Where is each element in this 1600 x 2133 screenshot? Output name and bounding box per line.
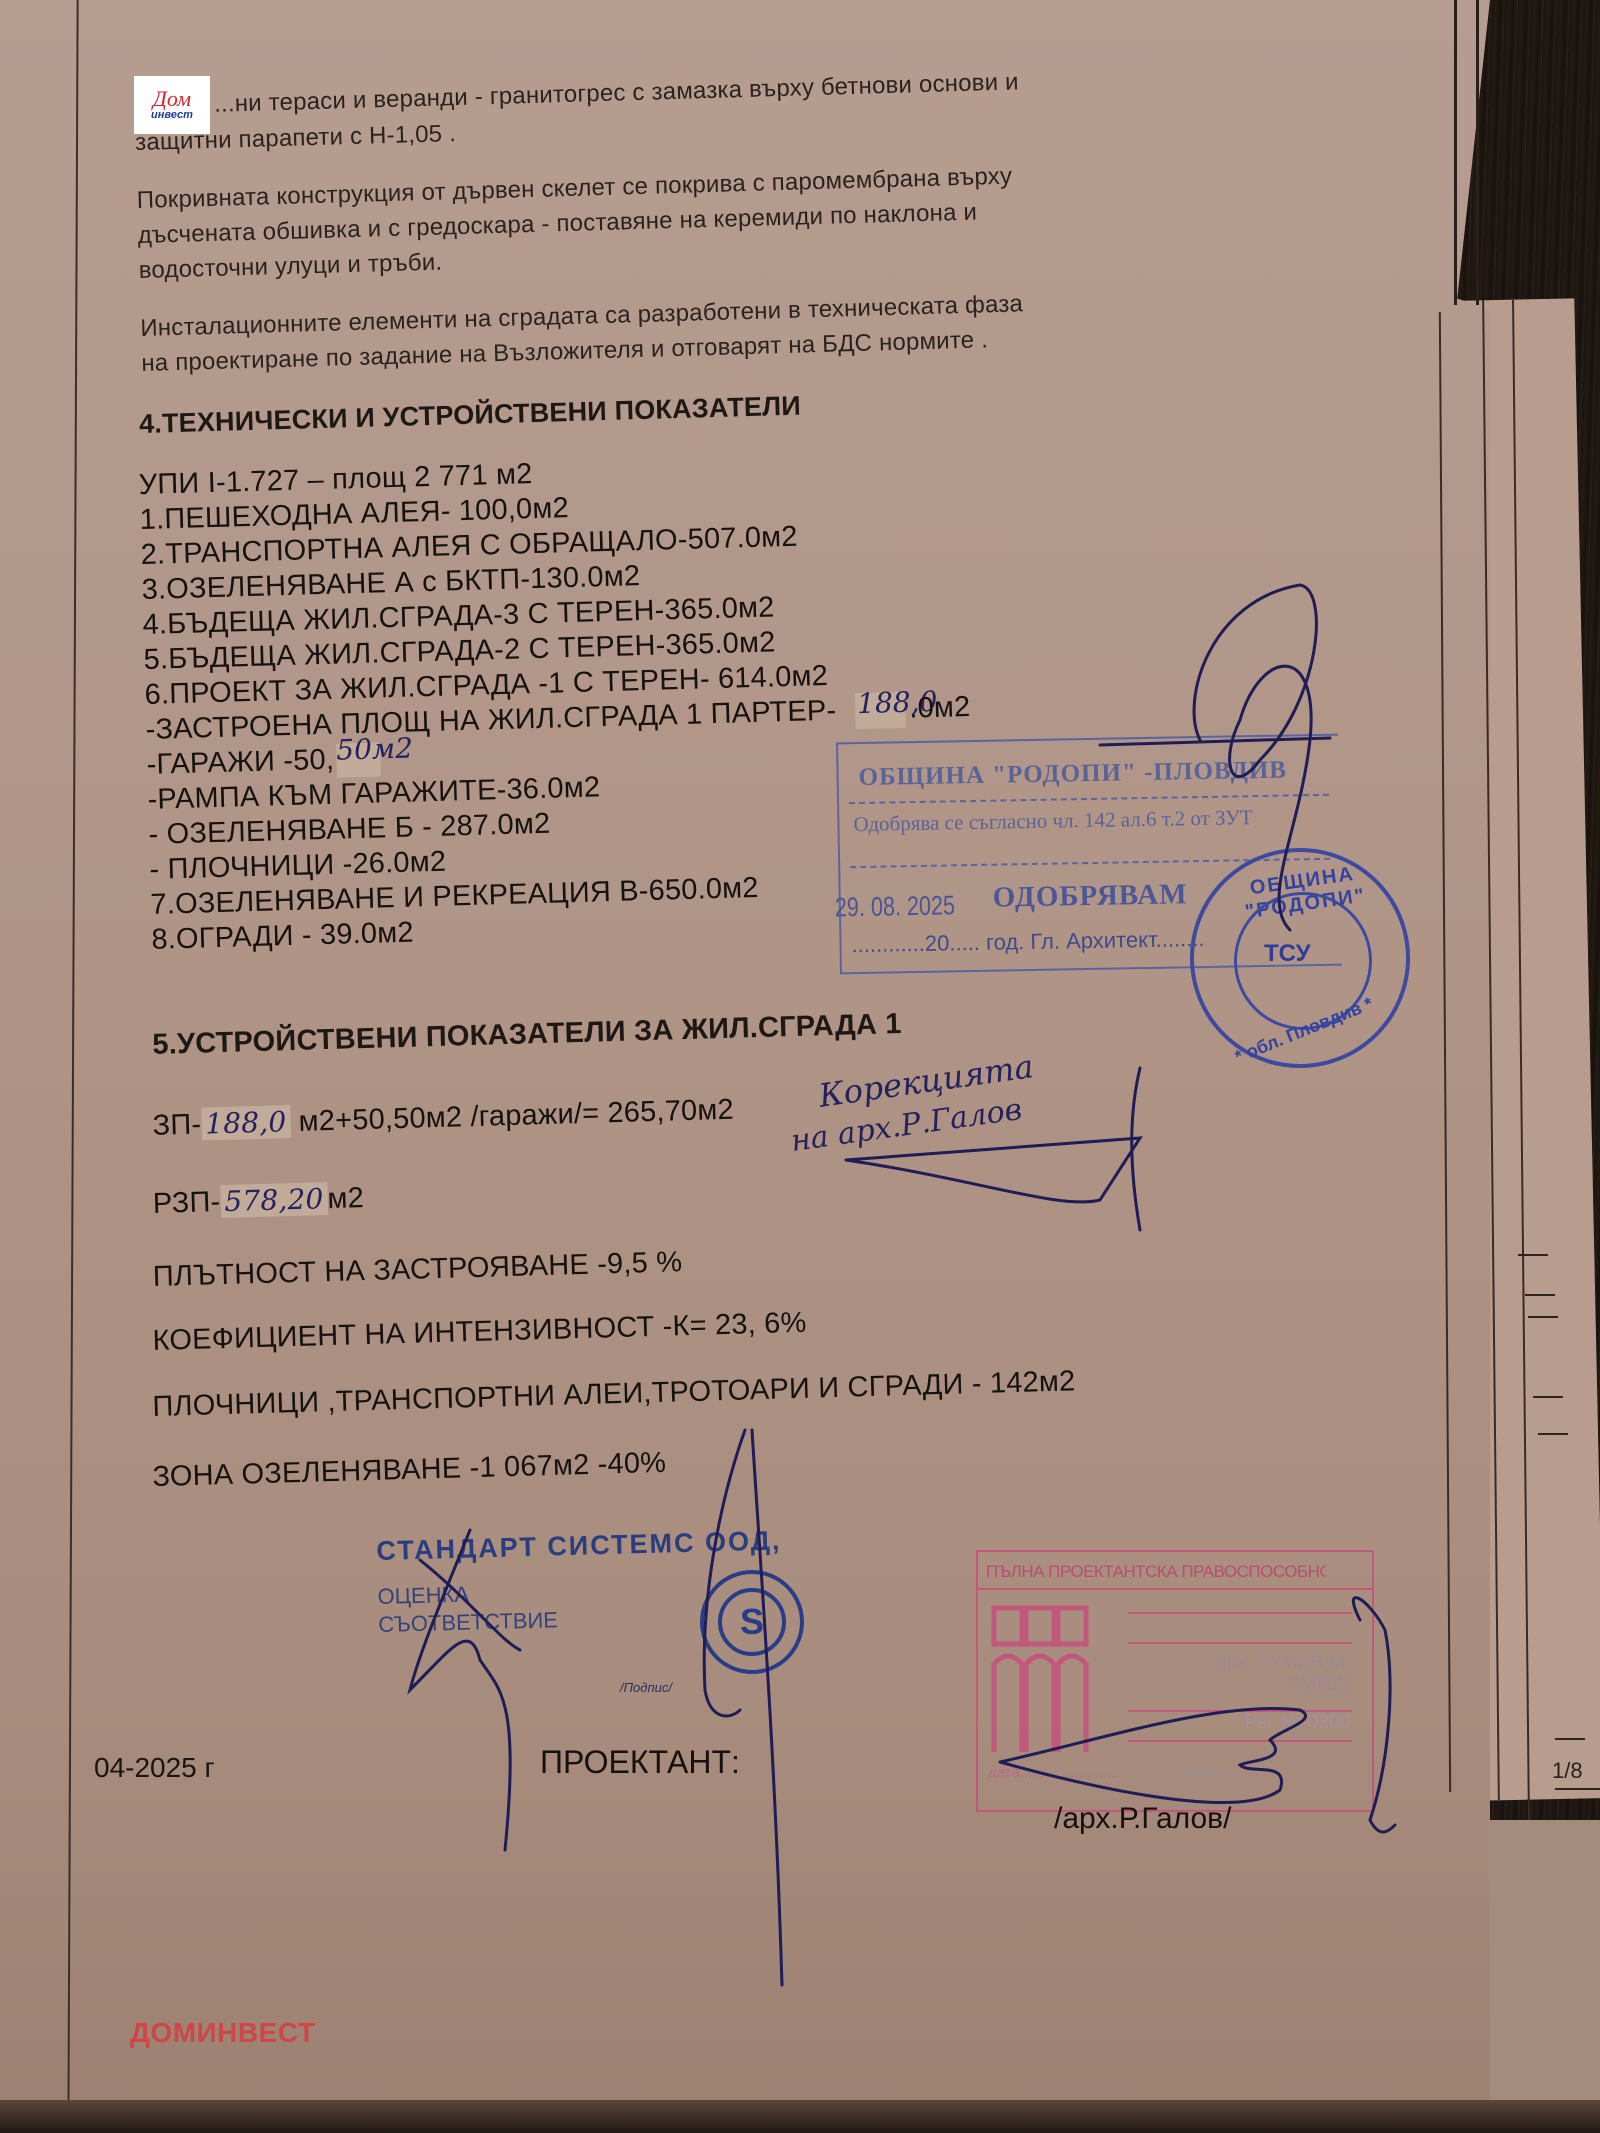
density-row: ПЛЪТНОСТ НА ЗАСТРОЯВАНЕ -9,5 %	[152, 1246, 682, 1294]
chamber-of-architects-logo-icon	[990, 1604, 1090, 1756]
signature-label: подпис......	[1178, 1762, 1252, 1779]
list-item: 8.ОГРАДИ - 39.0м2	[151, 917, 414, 957]
document-date: 04-2025 г	[94, 1752, 215, 1784]
zp-row: ЗП-188,0 м2+50,50м2 /гаражи/= 265,70м2	[152, 1093, 734, 1143]
seal-letter: S	[718, 1588, 786, 1656]
handwritten-value: 50м2	[336, 732, 414, 767]
intro-line: ...ни тераси и веранди - гранитогрес с з…	[214, 68, 1019, 118]
zp-handwritten-value: 188,0	[201, 1105, 291, 1140]
list-item-suffix: .0м2	[909, 691, 971, 726]
stamp-divider	[978, 1588, 1372, 1590]
seal-center-text: ТСУ	[1264, 940, 1311, 968]
rzp-label: РЗП-	[152, 1186, 220, 1220]
watermark: ДОМИНВЕСТ	[130, 2017, 315, 2049]
green-zone-row: ЗОНА ОЗЕЛЕНЯВАНЕ -1 067м2 -40%	[152, 1447, 667, 1494]
intro-line: защитни парапети с Н-1,05 .	[135, 120, 457, 157]
stamp-date: 29. 08. 2025	[835, 890, 956, 923]
designer-label: ПРОЕКТАНТ:	[540, 1744, 740, 1781]
municipality-round-seal: ОБЩИНА "РОДОПИ" ТСУ * обл. Пловдив *	[1190, 848, 1410, 1068]
list-item: - ПЛОЧНИЦИ -26.0м2	[149, 846, 447, 887]
date-label: дата.......................	[988, 1764, 1116, 1781]
company-line: СЪОТВЕТСТВИЕ	[378, 1607, 558, 1638]
intro-line: водосточни улуци и тръби.	[138, 249, 442, 285]
zp-label: ЗП-	[152, 1109, 201, 1142]
list-item: -ГАРАЖИ -50,	[146, 744, 334, 782]
zp-suffix: м2+50,50м2 /гаражи/= 265,70м2	[290, 1094, 734, 1138]
architect-name: арх. РУМЕН М.ГАЛОВ	[1216, 1652, 1350, 1696]
stamp-title: ОБЩИНА "РОДОПИ" -ПЛОВДИВ	[858, 757, 1287, 792]
stamp-line	[1128, 1612, 1352, 1614]
name-line: арх. РУМЕН М.	[1216, 1652, 1350, 1673]
architect-name-signature: /арх.Р.Галов/	[1054, 1802, 1231, 1836]
rzp-row: РЗП-578,20м2	[152, 1181, 364, 1221]
rzp-handwritten-value: 578,20	[220, 1182, 328, 1218]
registration-number: Рег. № 0200	[1244, 1712, 1350, 1734]
company-line: ОЦЕНКА	[377, 1582, 469, 1610]
page-bottom-edge	[0, 2100, 1600, 2133]
stamp-subtitle: Одобрява се съгласно чл. 142 ал.6 т.2 от…	[853, 805, 1253, 837]
company-round-seal: S	[700, 1570, 804, 1674]
name-line: ГАЛОВ	[1288, 1674, 1350, 1695]
architect-license-stamp: ПЪЛНА ПРОЕКТАНТСКА ПРАВОСПОСОБНОСТ арх. …	[976, 1550, 1374, 1812]
signature-label: /Подпис/	[620, 1680, 672, 1695]
stamp-line	[1128, 1642, 1352, 1644]
section-5-title: 5.УСТРОЙСТВЕНИ ПОКАЗАТЕЛИ ЗА ЖИЛ.СГРАДА …	[152, 1008, 902, 1062]
stamp-header: ПЪЛНА ПРОЕКТАНТСКА ПРАВОСПОСОБНОСТ	[986, 1562, 1326, 1582]
document-body: ...ни тераси и веранди - гранитогрес с з…	[0, 0, 1600, 2133]
stamp-footer: ............20..... год. Гл. Архитект...…	[851, 926, 1204, 958]
paving-row: ПЛОЧНИЦИ ,ТРАНСПОРТНИ АЛЕИ,ТРОТОАРИ И СГ…	[152, 1365, 1076, 1424]
stamp-approve: ОДОБРЯВАМ	[992, 878, 1187, 914]
stamp-line	[1128, 1740, 1352, 1742]
intensity-row: КОЕФИЦИЕНТ НА ИНТЕНЗИВНОСТ -К= 23, 6%	[152, 1307, 807, 1358]
stamp-divider	[849, 794, 1329, 804]
rzp-suffix: м2	[327, 1182, 364, 1215]
section-4-title: 4.ТЕХНИЧЕСКИ И УСТРОЙСТВЕНИ ПОКАЗАТЕЛИ	[139, 391, 802, 440]
